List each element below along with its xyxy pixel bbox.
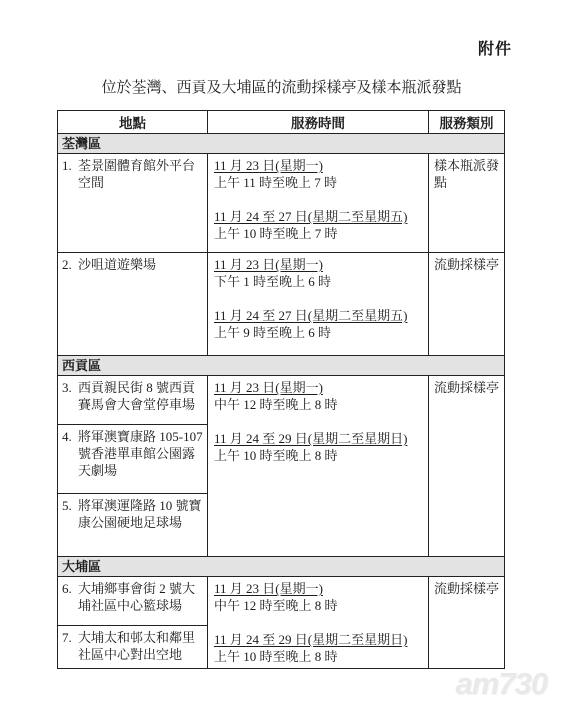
header-location: 地點 [58, 111, 208, 134]
schedule-block: 11 月 23 日(星期一) 上午 11 時至晚上 7 時 [214, 157, 422, 191]
location-text: 大埔太和邨太和鄰里社區中心對出空地 [78, 629, 204, 663]
table-row: 6. 大埔鄉事會街 2 號大埔社區中心籃球場 11 月 23 日(星期一) 中午… [58, 577, 505, 626]
category-cell: 流動採樣亭 [429, 376, 505, 557]
section-row-tai-po: 大埔區 [58, 557, 505, 577]
schedule-date: 11 月 24 至 29 日(星期二至星期日) [214, 430, 422, 447]
page-title: 位於荃灣、西貢及大埔區的流動採樣亭及樣本瓶派發點 [0, 76, 563, 97]
section-row-tsuen-wan: 荃灣區 [58, 134, 505, 154]
schedule-date: 11 月 24 至 27 日(星期二至星期五) [214, 307, 422, 324]
section-row-sai-kung: 西貢區 [58, 356, 505, 376]
attachment-label: 附件 [478, 36, 512, 59]
location-cell: 5. 將軍澳運隆路 10 號寶康公園硬地足球場 [58, 494, 208, 557]
row-number: 1. [62, 157, 78, 191]
section-label: 荃灣區 [58, 134, 505, 154]
category-cell: 流動採樣亭 [429, 253, 505, 356]
header-service-hours: 服務時間 [208, 111, 429, 134]
location-text: 西貢親民街 8 號西貢賽馬會大會堂停車場 [78, 379, 204, 413]
category-cell: 流動採樣亭 [429, 577, 505, 669]
table-row: 2. 沙咀道遊樂場 11 月 23 日(星期一) 下午 1 時至晚上 6 時 1… [58, 253, 505, 356]
location-cell: 7. 大埔太和邨太和鄰里社區中心對出空地 [58, 626, 208, 669]
schedule-block: 11 月 24 至 29 日(星期二至星期日) 上午 10 時至晚上 8 時 [214, 430, 422, 464]
location-cell: 1. 荃景圍體育館外平台空間 [58, 154, 208, 253]
row-number: 6. [62, 580, 78, 614]
row-number: 2. [62, 256, 78, 273]
table-row: 1. 荃景圍體育館外平台空間 11 月 23 日(星期一) 上午 11 時至晚上… [58, 154, 505, 253]
scanned-document-page: 附件 位於荃灣、西貢及大埔區的流動採樣亭及樣本瓶派發點 地點 服務時間 服務類別… [0, 0, 563, 719]
schedule-time: 上午 10 時至晚上 8 時 [214, 648, 422, 665]
schedule-time: 下午 1 時至晚上 6 時 [214, 273, 422, 290]
schedule-block: 11 月 23 日(星期一) 中午 12 時至晚上 8 時 [214, 580, 422, 614]
location-cell: 6. 大埔鄉事會街 2 號大埔社區中心籃球場 [58, 577, 208, 626]
schedule-time: 中午 12 時至晚上 8 時 [214, 597, 422, 614]
service-hours-cell: 11 月 23 日(星期一) 中午 12 時至晚上 8 時 11 月 24 至 … [208, 577, 429, 669]
category-cell: 樣本瓶派發點 [429, 154, 505, 253]
row-number: 5. [62, 497, 78, 531]
service-hours-cell: 11 月 23 日(星期一) 中午 12 時至晚上 8 時 11 月 24 至 … [208, 376, 429, 557]
row-number: 7. [62, 629, 78, 663]
table-header-row: 地點 服務時間 服務類別 [58, 111, 505, 134]
service-hours-cell: 11 月 23 日(星期一) 上午 11 時至晚上 7 時 11 月 24 至 … [208, 154, 429, 253]
location-text: 荃景圍體育館外平台空間 [78, 157, 204, 191]
section-label: 大埔區 [58, 557, 505, 577]
row-number: 4. [62, 428, 78, 479]
schedule-date: 11 月 23 日(星期一) [214, 580, 422, 597]
section-label: 西貢區 [58, 356, 505, 376]
schedule-block: 11 月 23 日(星期一) 中午 12 時至晚上 8 時 [214, 379, 422, 413]
schedule-time: 上午 10 時至晚上 8 時 [214, 447, 422, 464]
schedule-time: 上午 11 時至晚上 7 時 [214, 174, 422, 191]
schedule-date: 11 月 23 日(星期一) [214, 157, 422, 174]
location-text: 將軍澳寶康路 105-107 號香港單車館公園露天劇場 [78, 428, 204, 479]
location-text: 沙咀道遊樂場 [78, 256, 204, 273]
location-text: 大埔鄉事會街 2 號大埔社區中心籃球場 [78, 580, 204, 614]
table-row: 3. 西貢親民街 8 號西貢賽馬會大會堂停車場 11 月 23 日(星期一) 中… [58, 376, 505, 425]
location-cell: 4. 將軍澳寶康路 105-107 號香港單車館公園露天劇場 [58, 425, 208, 494]
schedule-date: 11 月 23 日(星期一) [214, 256, 422, 273]
service-hours-cell: 11 月 23 日(星期一) 下午 1 時至晚上 6 時 11 月 24 至 2… [208, 253, 429, 356]
service-points-table: 地點 服務時間 服務類別 荃灣區 1. 荃景圍體育館外平台空間 11 [57, 110, 505, 669]
schedule-block: 11 月 24 至 27 日(星期二至星期五) 上午 10 時至晚上 7 時 [214, 208, 422, 242]
schedule-block: 11 月 24 至 29 日(星期二至星期日) 上午 10 時至晚上 8 時 [214, 631, 422, 665]
location-text: 將軍澳運隆路 10 號寶康公園硬地足球場 [78, 497, 204, 531]
am730-watermark-logo: am730 [455, 666, 547, 702]
schedule-block: 11 月 23 日(星期一) 下午 1 時至晚上 6 時 [214, 256, 422, 290]
schedule-date: 11 月 24 至 29 日(星期二至星期日) [214, 631, 422, 648]
location-cell: 2. 沙咀道遊樂場 [58, 253, 208, 356]
schedule-time: 中午 12 時至晚上 8 時 [214, 396, 422, 413]
location-cell: 3. 西貢親民街 8 號西貢賽馬會大會堂停車場 [58, 376, 208, 425]
schedule-date: 11 月 23 日(星期一) [214, 379, 422, 396]
schedule-block: 11 月 24 至 27 日(星期二至星期五) 上午 9 時至晚上 6 時 [214, 307, 422, 341]
schedule-time: 上午 9 時至晚上 6 時 [214, 324, 422, 341]
header-service-category: 服務類別 [429, 111, 505, 134]
row-number: 3. [62, 379, 78, 413]
schedule-time: 上午 10 時至晚上 7 時 [214, 225, 422, 242]
schedule-date: 11 月 24 至 27 日(星期二至星期五) [214, 208, 422, 225]
